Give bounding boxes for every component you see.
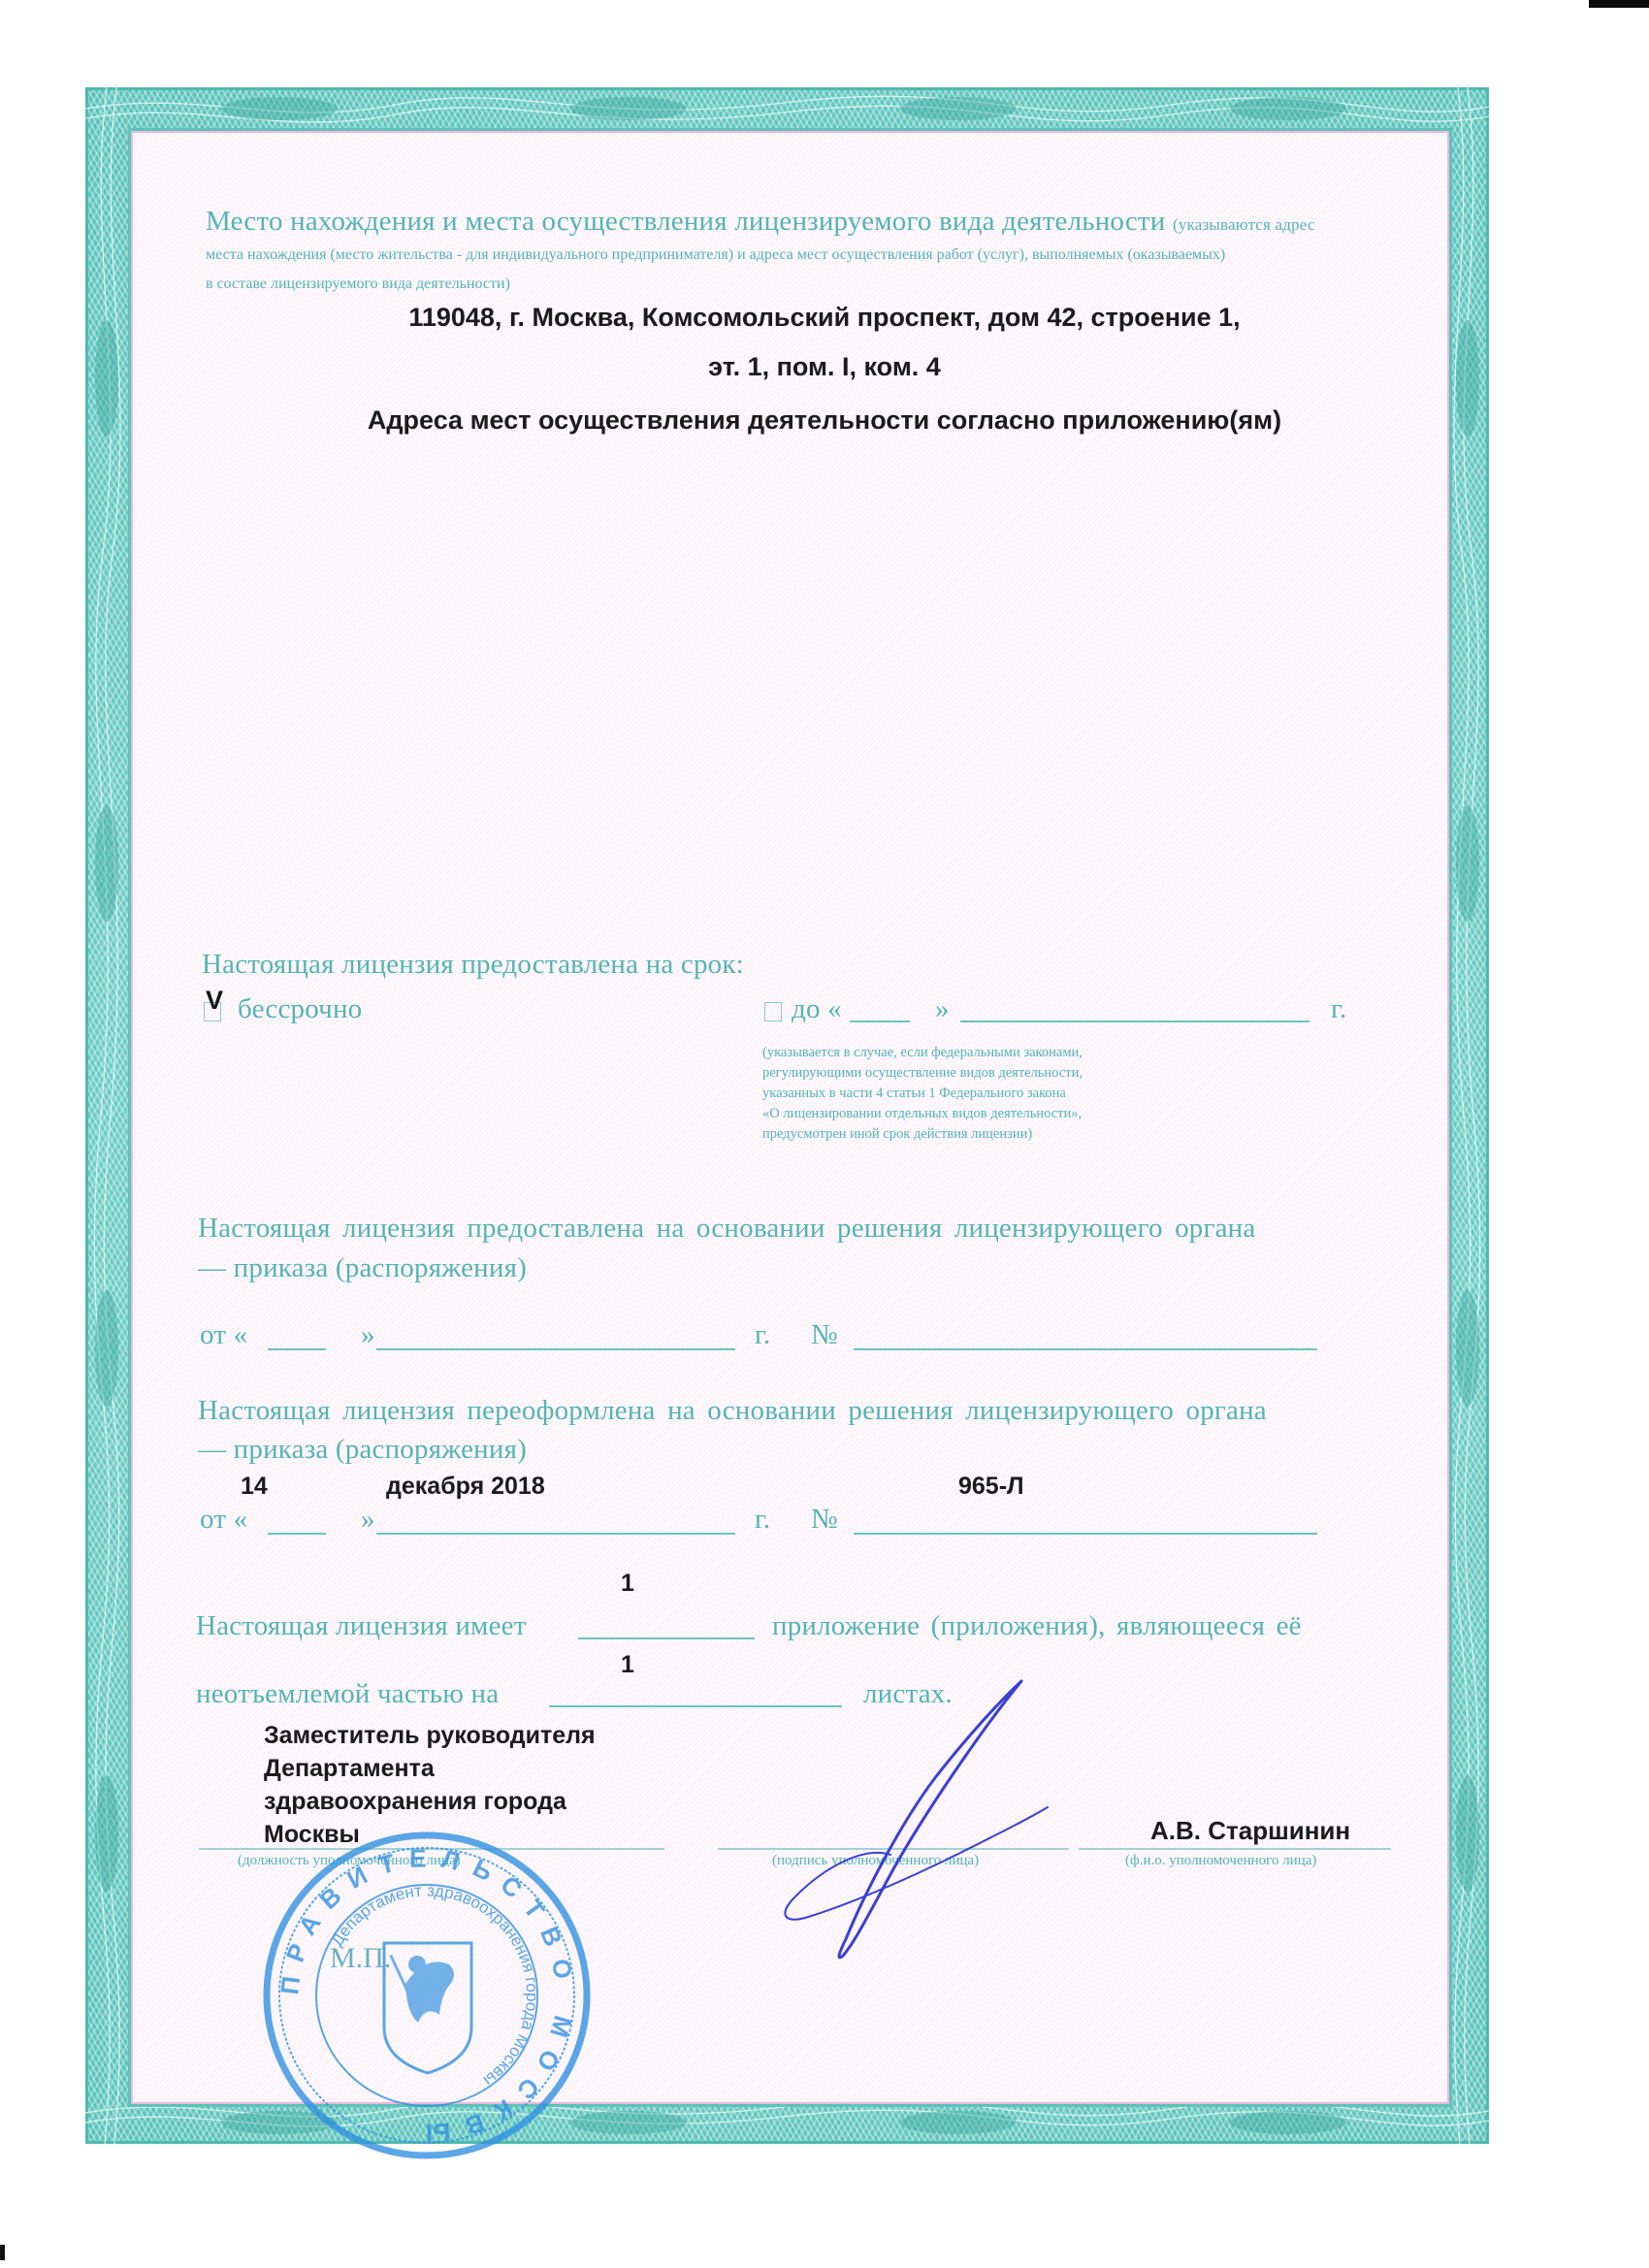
term-note-line: «О лицензировании отдельных видов деятел…	[762, 1104, 1083, 1124]
appendix-count-field[interactable]	[578, 1637, 755, 1639]
scan-edge-mark	[1589, 0, 1649, 8]
option-until-year-suffix: г.	[1331, 993, 1346, 1025]
scan-edge-mark	[0, 2245, 5, 2260]
granted-day-field[interactable]	[268, 1348, 326, 1350]
until-day-field[interactable]	[850, 1021, 910, 1022]
option-until-prefix: до «	[792, 993, 842, 1025]
signatory-name: А.В. Старшинин	[1150, 1816, 1350, 1846]
reissued-basis-line-1: Настоящая лицензия переоформлена на осно…	[198, 1395, 1267, 1427]
position-line: Заместитель руководителя	[264, 1719, 596, 1752]
granted-from-label: от «	[200, 1319, 247, 1351]
position-line: здравоохранения города	[264, 1785, 596, 1818]
reissued-quote-close: »	[361, 1504, 375, 1536]
location-heading-text: Место нахождения и места осуществления л…	[206, 206, 1166, 237]
official-seal-icon: ПРАВИТЕЛЬСТВО МОСКВЫ Департамент здравоо…	[260, 1829, 595, 2163]
reissued-year-suffix: г.	[755, 1504, 770, 1536]
saint-george-icon	[389, 1955, 454, 2023]
until-date-field[interactable]	[960, 1021, 1309, 1022]
appendices-line-1-prefix: Настоящая лицензия имеет	[196, 1610, 527, 1642]
term-note: (указывается в случае, если федеральными…	[762, 1043, 1083, 1145]
term-note-line: указанных в части 4 статьи 1 Федеральног…	[762, 1084, 1083, 1104]
sheet-count-value: 1	[621, 1651, 634, 1679]
option-unlimited-label: бессрочно	[238, 993, 362, 1025]
reissued-basis-line-2: — приказа (распоряжения)	[198, 1434, 527, 1466]
reissued-day-field[interactable]	[268, 1533, 326, 1535]
term-note-line: регулирующими осуществление видов деятел…	[762, 1063, 1083, 1084]
granted-number-label: №	[811, 1319, 838, 1351]
granted-basis-line-2: — приказа (распоряжения)	[198, 1252, 527, 1284]
location-note-line-3: в составе лицензируемого вида деятельнос…	[206, 269, 510, 299]
reissued-date-value: декабря 2018	[386, 1473, 545, 1501]
seal-label: М.П.	[330, 1942, 391, 1975]
granted-number-field[interactable]	[854, 1348, 1317, 1350]
reissued-day-value: 14	[241, 1473, 268, 1501]
term-note-line: (указывается в случае, если федеральными…	[762, 1043, 1083, 1063]
address-line-1: 119048, г. Москва, Комсомольский проспек…	[0, 303, 1649, 333]
checkbox-until-date[interactable]	[764, 1002, 782, 1021]
reissued-number-label: №	[811, 1504, 838, 1536]
location-heading: Место нахождения и места осуществления л…	[206, 206, 1315, 240]
granted-year-suffix: г.	[755, 1319, 770, 1351]
reissued-number-field[interactable]	[854, 1533, 1317, 1535]
granted-date-field[interactable]	[376, 1348, 735, 1350]
granted-quote-close: »	[361, 1319, 375, 1351]
appendices-line-2-prefix: неотъемлемой частью на	[196, 1678, 499, 1710]
name-line-rule	[1079, 1848, 1391, 1850]
reissued-date-field[interactable]	[376, 1533, 735, 1535]
location-note-line-2: места нахождения (место жительства - для…	[206, 240, 1225, 270]
reissued-from-label: от «	[200, 1504, 247, 1536]
term-note-line: предусмотрен иной срок действия лицензии…	[762, 1124, 1083, 1145]
appendices-line-1-suffix: приложение (приложения), являющееся её	[772, 1610, 1302, 1642]
address-line-2: эт. 1, пом. I, ком. 4	[0, 352, 1649, 382]
position-line: Департамента	[264, 1752, 596, 1785]
location-heading-note: (указываются адрес	[1173, 215, 1315, 234]
term-label: Настоящая лицензия предоставлена на срок…	[202, 949, 744, 981]
granted-basis-line-1: Настоящая лицензия предоставлена на осно…	[198, 1213, 1255, 1245]
reissued-number-value: 965-Л	[958, 1473, 1024, 1501]
option-until-quote: »	[935, 993, 950, 1025]
handwritten-signature-icon	[766, 1664, 1077, 1974]
checkmark-icon: V	[206, 986, 223, 1016]
name-caption: (ф.и.о. уполномоченного лица)	[1125, 1853, 1316, 1869]
appendix-count-value: 1	[621, 1570, 634, 1598]
address-line-3: Адреса мест осуществления деятельности с…	[0, 405, 1649, 436]
